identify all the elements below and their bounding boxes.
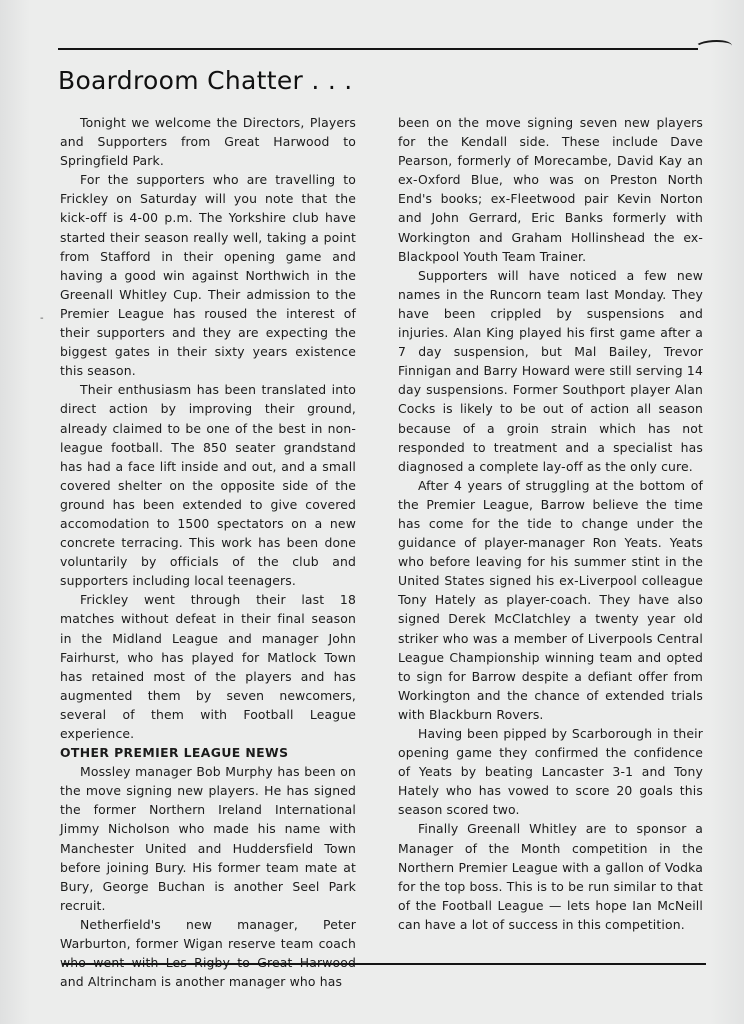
paragraph: After 4 years of struggling at the botto…: [398, 476, 703, 724]
top-rule-curl: [694, 40, 732, 54]
left-column: Tonight we welcome the Directors, Player…: [60, 113, 356, 991]
paragraph: Supporters will have noticed a few new n…: [398, 266, 703, 476]
paragraph: Netherfield's new manager, Peter Warburt…: [60, 915, 356, 991]
article-title: Boardroom Chatter . . .: [58, 66, 353, 95]
paragraph: Frickley went through their last 18 matc…: [60, 590, 356, 743]
paragraph: Their enthusiasm has been translated int…: [60, 380, 356, 590]
paragraph: Having been pipped by Scarborough in the…: [398, 724, 703, 819]
bottom-rule: [62, 963, 706, 965]
paragraph: Finally Greenall Whitley are to sponsor …: [398, 819, 703, 934]
paragraph: Mossley manager Bob Murphy has been on t…: [60, 762, 356, 915]
top-rule: [58, 48, 698, 50]
margin-mark: -: [40, 313, 44, 324]
paragraph-continued: been on the move signing seven new playe…: [398, 113, 703, 266]
section-heading: OTHER PREMIER LEAGUE NEWS: [60, 743, 356, 762]
right-column: been on the move signing seven new playe…: [398, 113, 703, 934]
paragraph: For the supporters who are travelling to…: [60, 170, 356, 380]
paragraph: Tonight we welcome the Directors, Player…: [60, 113, 356, 170]
